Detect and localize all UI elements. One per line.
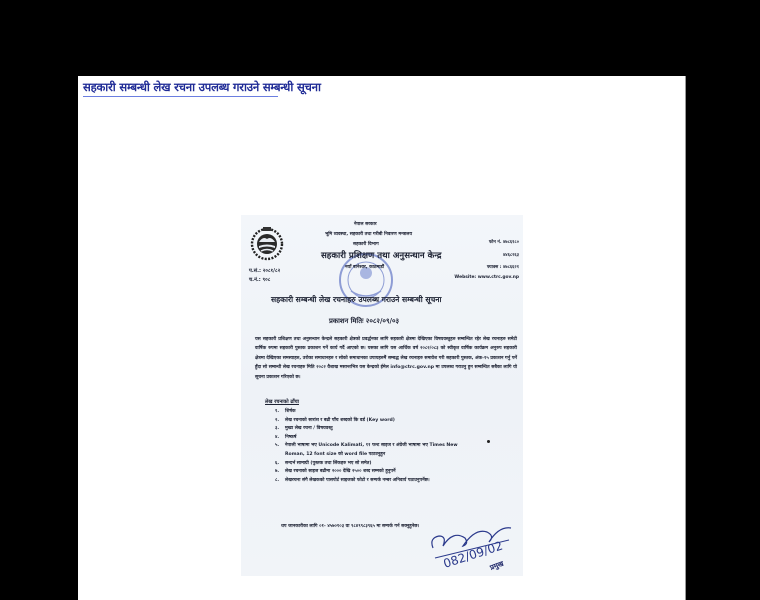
signature-icon: 082/09/02 प्रमुख bbox=[425, 518, 517, 574]
content-panel: सहकारी सम्बन्धी लेख रचना उपलब्ध गराउने स… bbox=[78, 76, 686, 600]
title-underline bbox=[83, 96, 278, 97]
format-item: ३.मुख्य लेख रचना / विषयवस्तु bbox=[275, 425, 458, 434]
notice-image: नेपाल सरकार भूमि व्यवस्था, सहकारी तथा गर… bbox=[241, 215, 523, 576]
format-item-continuation: Roman, 12 font size को word file पठाउनुह… bbox=[275, 451, 458, 460]
header-ministry: भूमि व्यवस्था, सहकारी तथा गरीबी निवारण म… bbox=[325, 231, 412, 237]
contact-phone-1: फोन नं. ४७८६१८० bbox=[489, 239, 519, 245]
contact-fax: फ्याक्स : ४७८६६२१ bbox=[487, 264, 519, 270]
format-item: ६.सन्दर्भ सामाग्री (पुस्तक तथा लिंकहरु भ… bbox=[275, 460, 458, 469]
nepal-emblem-icon bbox=[250, 225, 284, 261]
scan-speck bbox=[487, 440, 490, 443]
contact-website: Website: www.ctrc.gov.np bbox=[454, 275, 519, 280]
reference-number: प.सं.: २०८१/८२ bbox=[249, 268, 280, 274]
notice-subject: सहकारी सम्बन्धी लेख रचनाहरु उपलब्ध गराउन… bbox=[271, 295, 441, 305]
dispatch-number: च.नं.: ९०८ bbox=[249, 277, 270, 283]
contact-phone-2: ४४६८२६३ bbox=[503, 252, 519, 258]
format-item: ७.लेख रचनाको साइज बढीमा २००० देखि २५०० श… bbox=[275, 468, 458, 477]
header-location: नयाँ बानेश्वर, काठमाडौं bbox=[345, 264, 384, 270]
header-department: सहकारी विभाग bbox=[353, 241, 379, 247]
header-org-name: सहकारी प्रशिक्षण तथा अनुसन्धान केन्द्र bbox=[321, 249, 441, 261]
contact-note: थप जानकारीका लागि ०१- ४५७०१०३ वा ९८४९९८३… bbox=[281, 523, 419, 529]
page-title-link[interactable]: सहकारी सम्बन्धी लेख रचना उपलब्ध गराउने स… bbox=[83, 80, 321, 95]
notice-body: यस सहकारी प्रशिक्षण तथा अनुसन्धान केन्द्… bbox=[255, 335, 517, 382]
svg-text:प्रमुख: प्रमुख bbox=[488, 560, 505, 574]
format-heading: लेख रचनाको ढाँचा bbox=[265, 399, 299, 405]
format-list: १.शिर्षक २.लेख रचनाको सारांश र बढी पाँच … bbox=[275, 408, 458, 485]
format-item: १.शिर्षक bbox=[275, 408, 458, 417]
format-item: २.लेख रचनाको सारांश र बढी पाँच शब्दको कि… bbox=[275, 417, 458, 426]
format-item: ४.निष्कर्ष bbox=[275, 434, 458, 443]
header-government: नेपाल सरकार bbox=[354, 221, 377, 227]
publish-date: प्रकाशन मितिः २०८२/०९/०३ bbox=[329, 316, 399, 325]
format-item: ५.नेपाली भाषामा भए Unicode Kalimati, ११ … bbox=[275, 442, 458, 451]
format-item: ८.लेखरचना संगै लेखकको पासपोर्ट साइजको फो… bbox=[275, 477, 458, 486]
